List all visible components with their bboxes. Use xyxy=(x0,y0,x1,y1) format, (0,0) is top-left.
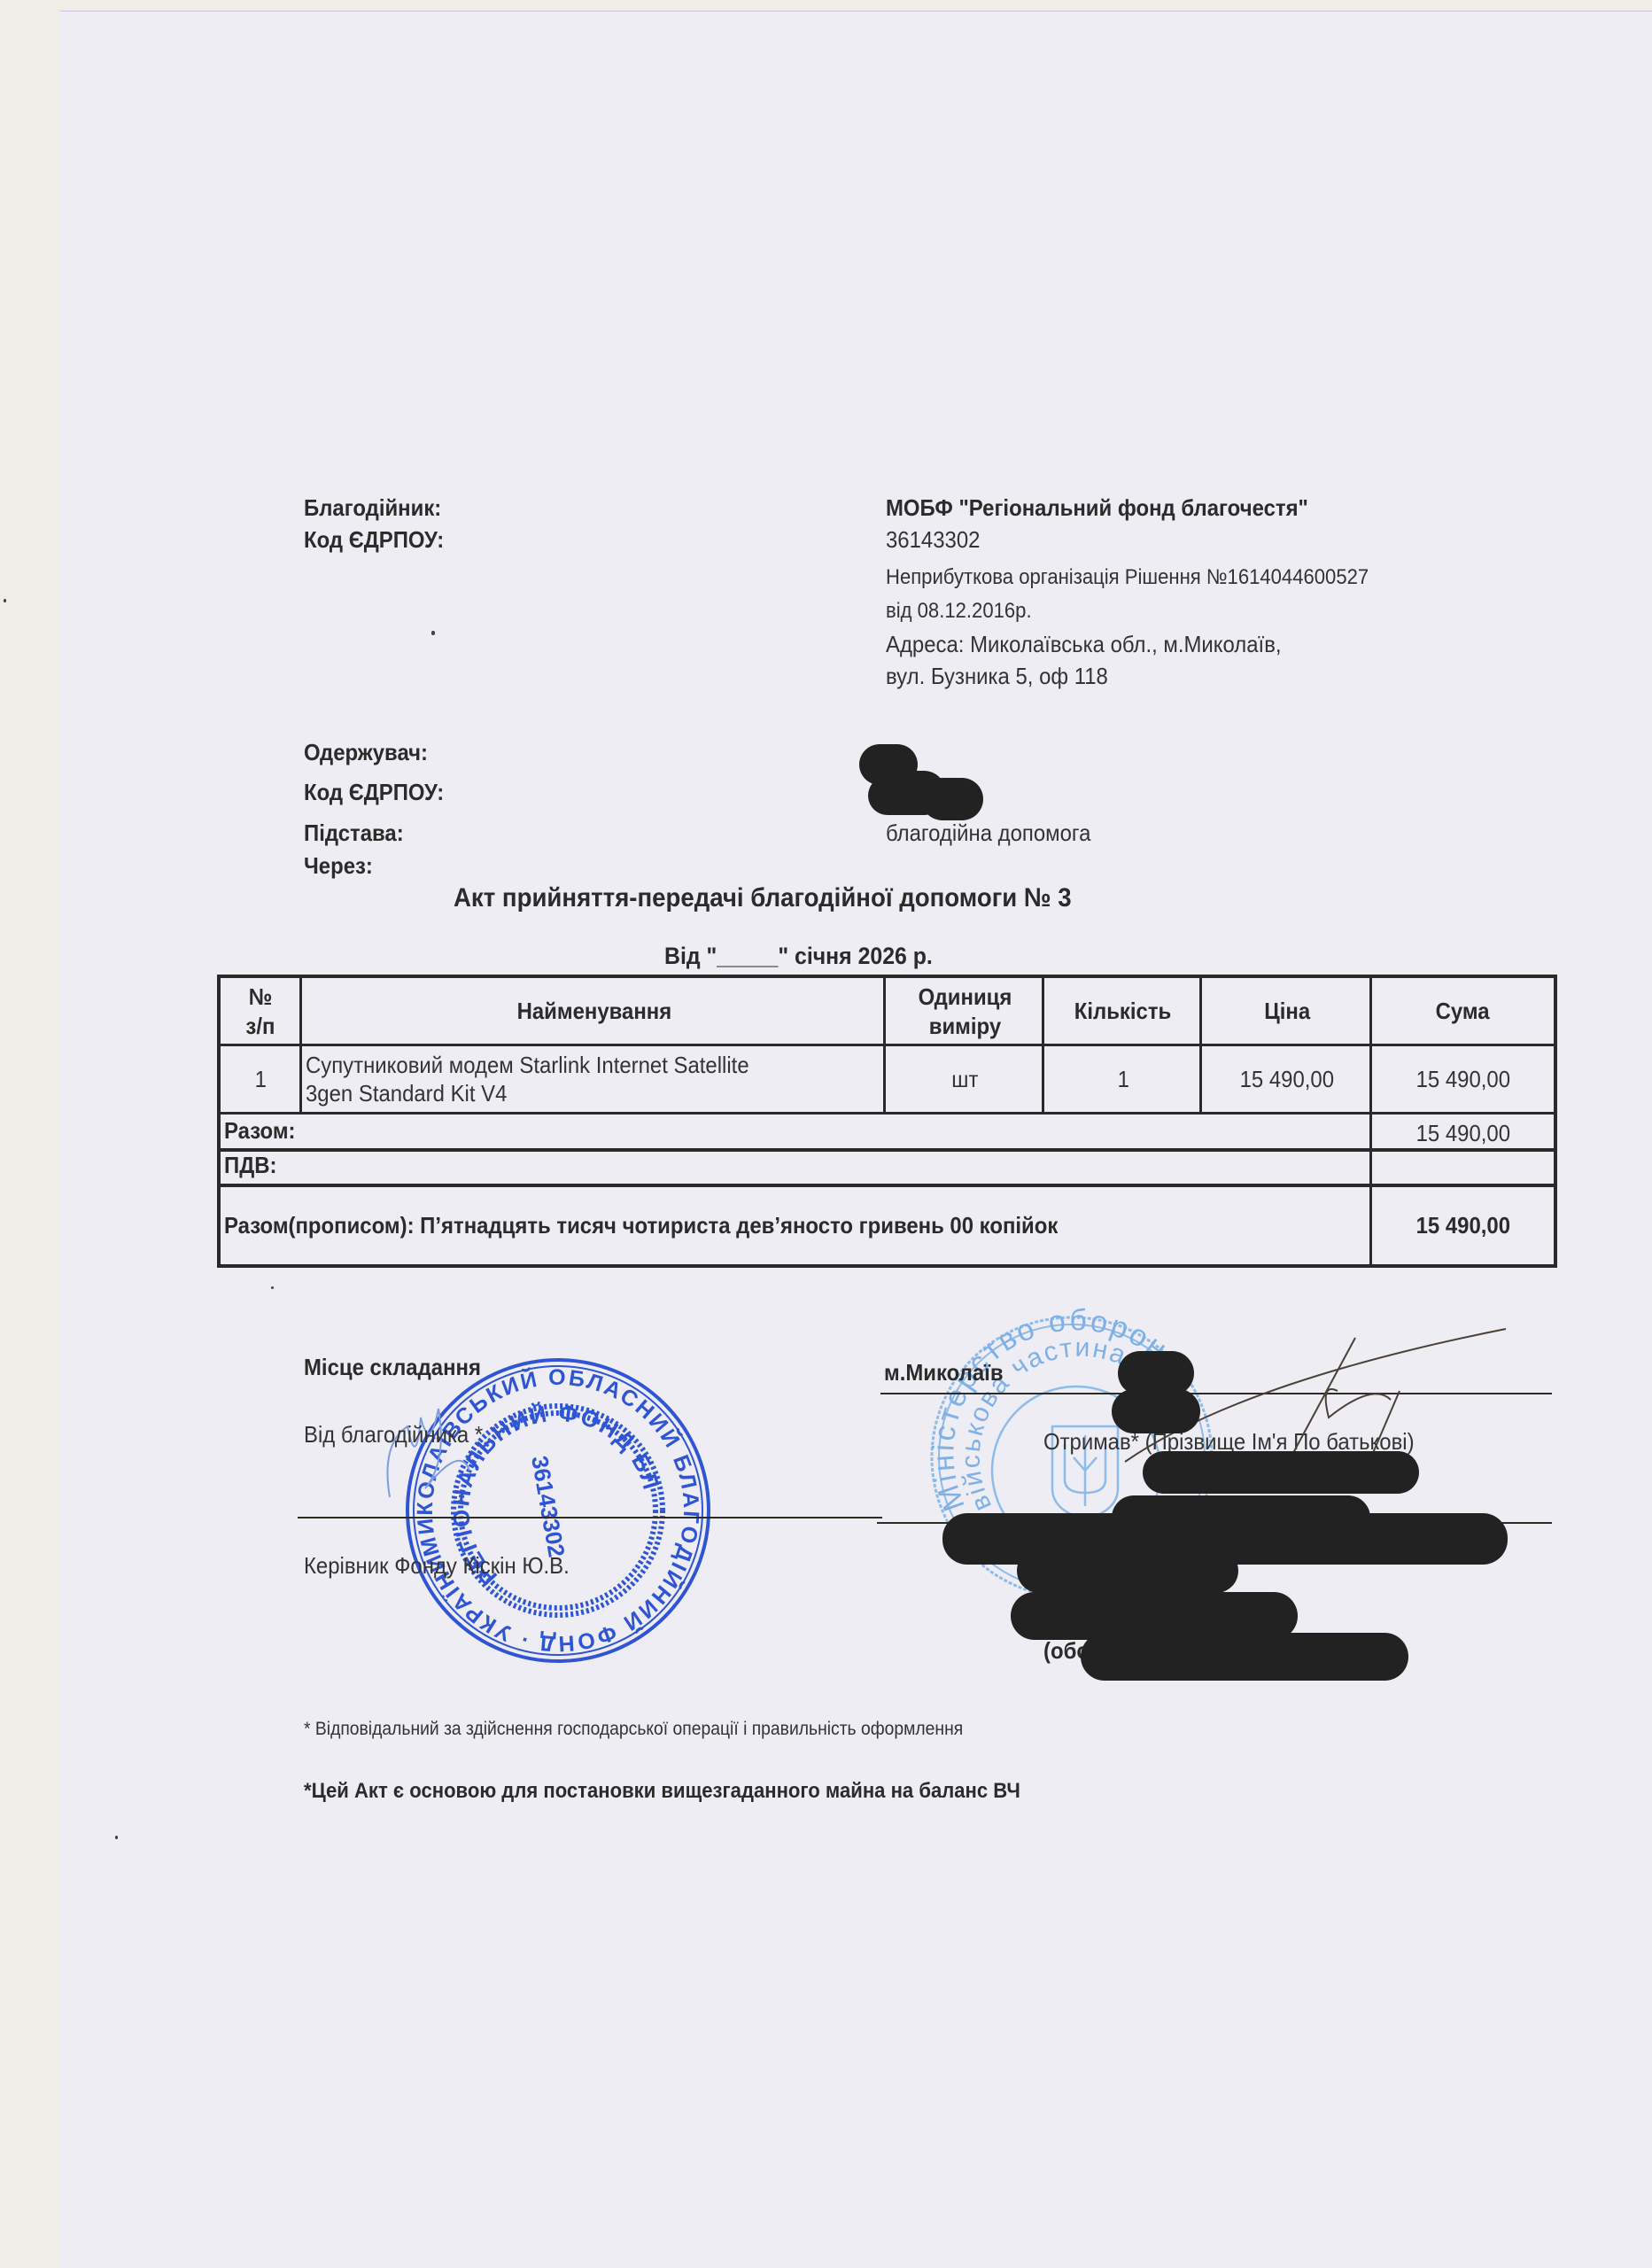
donor-address-line1: Адреса: Миколаївська обл., м.Миколаїв, xyxy=(886,631,1282,658)
redaction-recipient-edrpou xyxy=(921,778,983,820)
table-grid-line xyxy=(221,1184,1554,1187)
table-grid-line xyxy=(1369,978,1372,1268)
recipient-basis: благодійна допомога xyxy=(886,819,1090,847)
footnote-basis: *Цей Акт є основою для постановки вищезг… xyxy=(304,1779,1020,1804)
place-label: Місце складання xyxy=(304,1354,481,1381)
row-unit-text: шт xyxy=(951,1065,978,1094)
table-header-name: Найменування xyxy=(302,978,886,1045)
donor-address-line2: вул. Бузника 5, оф 118 xyxy=(886,663,1108,690)
table-row-unit: шт xyxy=(886,1045,1044,1113)
table-grid-line xyxy=(221,1148,1554,1152)
table-row-name: Супутниковий модем Starlink Internet Sat… xyxy=(306,1045,886,1113)
donor-name: МОБФ "Регіональний фонд благочестя" xyxy=(886,494,1308,522)
table-header-qty-text: Кількість xyxy=(1074,997,1171,1026)
vat-value xyxy=(1372,1151,1554,1184)
table-header-unit: Одиниця виміру xyxy=(886,978,1044,1045)
vat-label-text: ПДВ: xyxy=(224,1151,276,1180)
donor-nonprofit-line: Неприбуткова організація Рішення №161404… xyxy=(886,565,1369,590)
recipient-via-label: Через: xyxy=(304,852,373,880)
act-title: Акт прийняття-передачі благодійної допом… xyxy=(454,883,1072,913)
row-number-text: 1 xyxy=(254,1065,266,1094)
table-header-unit-text: Одиниця виміру xyxy=(919,983,1012,1040)
donor-decision-date: від 08.12.2016р. xyxy=(886,599,1032,624)
redaction-block xyxy=(1112,1389,1200,1433)
paper-speck xyxy=(115,1836,118,1839)
table-header-sum-text: Сума xyxy=(1436,997,1490,1026)
table-row-sum: 15 490,00 xyxy=(1372,1045,1554,1113)
recipient-edrpou-label: Код ЄДРПОУ: xyxy=(304,779,444,806)
row-name-text: Супутниковий модем Starlink Internet Sat… xyxy=(306,1051,749,1108)
vat-label: ПДВ: xyxy=(224,1148,1367,1182)
table-header-price: Ціна xyxy=(1202,978,1372,1045)
total-words-value: 15 490,00 xyxy=(1372,1187,1554,1263)
table-row-price: 15 490,00 xyxy=(1202,1045,1372,1113)
table-row-qty: 1 xyxy=(1044,1045,1202,1113)
act-date: Від "_____" січня 2026 р. xyxy=(664,943,933,970)
redaction-block xyxy=(1081,1633,1408,1681)
table-header-name-text: Найменування xyxy=(516,997,671,1026)
table-header-sum: Сума xyxy=(1372,978,1554,1045)
table-header-number: № з/п xyxy=(221,978,300,1045)
row-sum-text: 15 490,00 xyxy=(1415,1065,1509,1094)
redaction-block xyxy=(1143,1451,1419,1494)
table-header-qty: Кількість xyxy=(1044,978,1202,1045)
recipient-basis-label: Підстава: xyxy=(304,819,404,847)
table-grid-line xyxy=(221,1044,1554,1046)
head-label: Керівник Фонду Кіскін Ю.В. xyxy=(304,1552,570,1580)
place-value: м.Миколаїв xyxy=(884,1359,1004,1386)
from-donor-label: Від благодійника * xyxy=(304,1421,483,1449)
redaction-block xyxy=(1017,1549,1238,1593)
paper-speck xyxy=(431,631,435,635)
table-header-price-text: Ціна xyxy=(1264,997,1310,1026)
table-header-number-text: № з/п xyxy=(245,983,275,1040)
table-row-number: 1 xyxy=(221,1045,300,1113)
table-grid-line xyxy=(221,1112,1554,1115)
footnote-responsible: * Відповідальний за здійснення господарс… xyxy=(304,1719,963,1740)
total-value: 15 490,00 xyxy=(1372,1116,1554,1150)
total-label-text: Разом: xyxy=(224,1116,295,1146)
paper-speck xyxy=(271,1286,274,1289)
donor-stamp-code: 36143302 xyxy=(526,1454,570,1559)
donor-signature-line xyxy=(298,1517,882,1518)
donor-edrpou: 36143302 xyxy=(886,526,980,554)
total-words-text: Разом(прописом): П’ятнадцять тисяч чотир… xyxy=(224,1211,1058,1240)
recipient-label: Одержувач: xyxy=(304,739,428,766)
donor-signature xyxy=(372,1391,496,1515)
row-qty-text: 1 xyxy=(1117,1065,1128,1094)
total-words-value-text: 15 490,00 xyxy=(1415,1211,1509,1240)
paper-speck xyxy=(4,599,6,602)
total-label: Разом: xyxy=(224,1114,1367,1147)
total-words-label: Разом(прописом): П’ятнадцять тисяч чотир… xyxy=(224,1187,1367,1263)
total-value-text: 15 490,00 xyxy=(1415,1119,1509,1148)
donor-edrpou-label: Код ЄДРПОУ: xyxy=(304,526,444,554)
row-price-text: 15 490,00 xyxy=(1240,1065,1334,1094)
donor-label: Благодійник: xyxy=(304,494,441,522)
items-table: № з/п Найменування Одиниця виміру Кількі… xyxy=(217,975,1557,1268)
